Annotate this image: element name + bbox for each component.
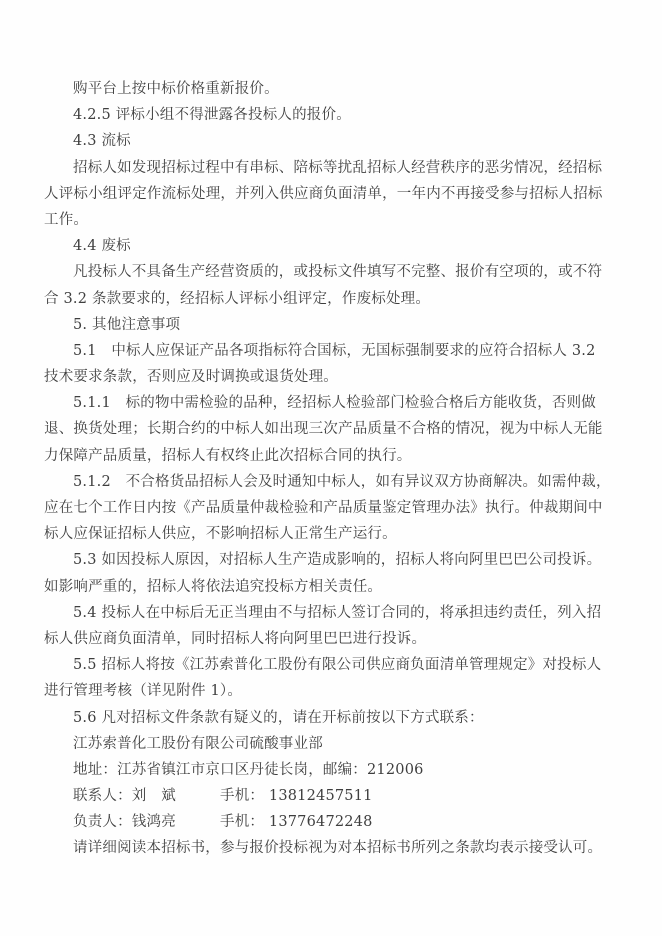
document-line: 退、换货处理；长期合约的中标人如出现三次产品质量不合格的情况，视为中标人无能 bbox=[44, 416, 616, 442]
document-line: 请详细阅读本招标书，参与报价投标视为对本招标书所列之条款均表示接受认可。 bbox=[44, 835, 616, 861]
document-line: 5.1.1 标的物中需检验的品种，经招标人检验部门检验合格后方能收货，否则做 bbox=[44, 390, 616, 416]
document-line: 应在七个工作日内按《产品质量仲裁检验和产品质量鉴定管理办法》执行。仲裁期间中 bbox=[44, 495, 616, 521]
document-line: 工作。 bbox=[44, 207, 616, 233]
document-body: 购平台上按中标价格重新报价。4.2.5 评标小组不得泄露各投标人的报价。4.3 … bbox=[44, 76, 616, 862]
document-line: 5.1.2 不合格货品招标人会及时通知中标人，如有异议双方协商解决。如需仲裁， bbox=[44, 469, 616, 495]
document-line: 5.4 投标人在中标后无正当理由不与招标人签订合同的，将承担违约责任，列入招 bbox=[44, 600, 616, 626]
document-line: 5.3 如因投标人原因，对招标人生产造成影响的，招标人将向阿里巴巴公司投诉。 bbox=[44, 547, 616, 573]
document-line: 购平台上按中标价格重新报价。 bbox=[44, 76, 616, 102]
document-line: 4.2.5 评标小组不得泄露各投标人的报价。 bbox=[44, 102, 616, 128]
document-line: 联系人：刘 斌 手机： 13812457511 bbox=[44, 783, 616, 809]
document-page: 购平台上按中标价格重新报价。4.2.5 评标小组不得泄露各投标人的报价。4.3 … bbox=[0, 0, 662, 936]
document-line: 负责人：钱鸿亮 手机： 13776472248 bbox=[44, 809, 616, 835]
document-line: 5.6 凡对招标文件条款有疑义的，请在开标前按以下方式联系： bbox=[44, 705, 616, 731]
document-line: 技术要求条款，否则应及时调换或退货处理。 bbox=[44, 364, 616, 390]
document-line: 人评标小组评定作流标处理，并列入供应商负面清单，一年内不再接受参与招标人招标 bbox=[44, 181, 616, 207]
document-line: 5.1 中标人应保证产品各项指标符合国标，无国标强制要求的应符合招标人 3.2 bbox=[44, 338, 616, 364]
document-line: 凡投标人不具备生产经营资质的，或投标文件填写不完整、报价有空项的，或不符 bbox=[44, 259, 616, 285]
document-line: 4.4 废标 bbox=[44, 233, 616, 259]
document-line: 如影响严重的，招标人将依法追究投标方相关责任。 bbox=[44, 574, 616, 600]
document-line: 4.3 流标 bbox=[44, 128, 616, 154]
document-line: 招标人如发现招标过程中有串标、陪标等扰乱招标人经营秩序的恶劣情况，经招标 bbox=[44, 155, 616, 181]
document-line: 标人供应商负面清单，同时招标人将向阿里巴巴进行投诉。 bbox=[44, 626, 616, 652]
document-line: 江苏索普化工股份有限公司硫酸事业部 bbox=[44, 731, 616, 757]
document-line: 5. 其他注意事项 bbox=[44, 312, 616, 338]
document-line: 地址：江苏省镇江市京口区丹徒长岗，邮编：212006 bbox=[44, 757, 616, 783]
document-line: 合 3.2 条款要求的，经招标人评标小组评定，作废标处理。 bbox=[44, 286, 616, 312]
document-line: 力保障产品质量，招标人有权终止此次招标合同的执行。 bbox=[44, 443, 616, 469]
document-line: 进行管理考核（详见附件 1）。 bbox=[44, 678, 616, 704]
document-line: 标人应保证招标人供应，不影响招标人正常生产运行。 bbox=[44, 521, 616, 547]
document-line: 5.5 招标人将按《江苏索普化工股份有限公司供应商负面清单管理规定》对投标人 bbox=[44, 652, 616, 678]
